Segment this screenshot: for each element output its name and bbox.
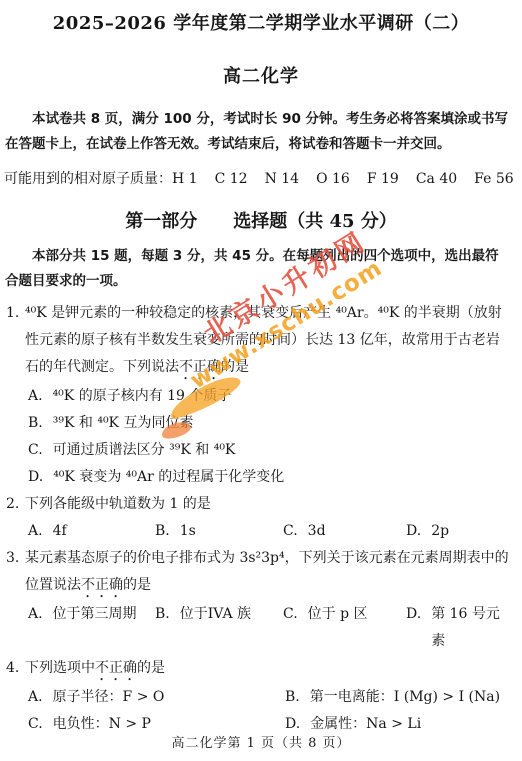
option-text: ⁴⁰K 的原子核内有 19 个质子	[53, 383, 232, 410]
option-letter: B.	[155, 518, 170, 545]
option-c: C.位于 p 区	[283, 601, 406, 655]
option-letter: B.	[285, 684, 300, 711]
option-a: A.⁴⁰K 的原子核内有 19 个质子	[28, 383, 510, 410]
option-list: A.4f B.1s C.3d D.2p	[28, 518, 510, 545]
atomic-mass-entry: H 1	[172, 171, 198, 187]
stem-text: 的是	[123, 577, 151, 593]
option-b: B.1s	[155, 518, 283, 545]
exam-notice: 本试卷共 8 页，满分 100 分，考试时长 90 分钟。考生务必将答案填涂或书…	[5, 107, 510, 157]
option-c: C.3d	[283, 518, 406, 545]
option-text: ³⁹K 和 ⁴⁰K 互为同位素	[53, 410, 194, 437]
atomic-mass-entry: F 19	[367, 171, 399, 187]
section-instructions: 本部分共 15 题，每题 3 分，共 45 分。在每题列出的四个选项中，选出最符…	[5, 244, 510, 294]
option-text: 位于IVA 族	[180, 601, 251, 655]
option-a: A.原子半径：F > O	[28, 684, 285, 711]
atomic-mass-entry: Ca 40	[416, 171, 457, 187]
option-b: B.³⁹K 和 ⁴⁰K 互为同位素	[28, 410, 510, 437]
stem-emphasis: 不正确	[81, 577, 123, 593]
stem-text: 的是	[137, 660, 165, 676]
stem-text: 的是	[221, 359, 249, 375]
atomic-masses-line: 可能用到的相对原子质量：H 1C 12N 14O 16F 19Ca 40Fe 5…	[4, 168, 512, 190]
page-footer: 高二化学第 1 页（共 8 页）	[0, 732, 522, 751]
option-list: A.原子半径：F > O B.第一电离能：I (Mg) > I (Na) C.电…	[28, 684, 510, 738]
exam-page: 北京小升初网 www.xschu.com 2025–2026 学年度第二学期学业…	[0, 0, 522, 761]
stem-emphasis: 不正确	[95, 660, 137, 676]
option-text: 位于第三周期	[53, 601, 137, 655]
atomic-mass-entry: O 16	[316, 171, 350, 187]
question-number: 3.	[6, 545, 25, 572]
stem-emphasis: 不正确	[179, 359, 221, 375]
question-body: 下列选项中不正确的是 A.原子半径：F > O B.第一电离能：I (Mg) >…	[25, 655, 510, 738]
option-text: 可通过质谱法区分 ³⁹K 和 ⁴⁰K	[53, 437, 236, 464]
stem-text: ⁴⁰K 是钾元素的一种较稳定的核素，其衰变后产生 ⁴⁰Ar。⁴⁰K 的半衰期（放…	[25, 305, 502, 375]
option-c: C.可通过质谱法区分 ³⁹K 和 ⁴⁰K	[28, 437, 510, 464]
option-letter: B.	[28, 410, 43, 437]
option-d: D.2p	[406, 518, 510, 545]
option-letter: A.	[28, 601, 43, 655]
option-text: 2p	[431, 518, 449, 545]
option-b: B.第一电离能：I (Mg) > I (Na)	[285, 684, 510, 711]
atomic-mass-entry: N 14	[265, 171, 300, 187]
question-2: 2. 下列各能级中轨道数为 1 的是 A.4f B.1s C.3d D.2p	[6, 491, 510, 545]
option-list: A.位于第三周期 B.位于IVA 族 C.位于 p 区 D.第 16 号元素	[28, 601, 510, 655]
question-stem: 下列选项中不正确的是	[25, 655, 510, 684]
option-text: 第 16 号元素	[431, 601, 510, 655]
stem-text: 下列各能级中轨道数为 1 的是	[25, 496, 211, 512]
option-letter: C.	[28, 437, 43, 464]
option-a: A.位于第三周期	[28, 601, 155, 655]
option-text: ⁴⁰K 衰变为 ⁴⁰Ar 的过程属于化学变化	[53, 464, 284, 491]
option-letter: D.	[28, 464, 43, 491]
question-1: 1. ⁴⁰K 是钾元素的一种较稳定的核素，其衰变后产生 ⁴⁰Ar。⁴⁰K 的半衰…	[6, 300, 510, 491]
atomic-masses-label: 可能用到的相对原子质量：	[4, 171, 172, 187]
page-title: 2025–2026 学年度第二学期学业水平调研（二）	[0, 9, 522, 35]
option-text: 4f	[53, 518, 67, 545]
question-stem: 下列各能级中轨道数为 1 的是	[25, 491, 510, 518]
option-list: A.⁴⁰K 的原子核内有 19 个质子 B.³⁹K 和 ⁴⁰K 互为同位素 C.…	[28, 383, 510, 491]
atomic-mass-entry: Fe 56	[474, 171, 514, 187]
question-stem: ⁴⁰K 是钾元素的一种较稳定的核素，其衰变后产生 ⁴⁰Ar。⁴⁰K 的半衰期（放…	[25, 300, 510, 383]
question-number: 4.	[6, 655, 25, 682]
question-3: 3. 某元素基态原子的价电子排布式为 3s²3p⁴，下列关于该元素在元素周期表中…	[6, 545, 510, 655]
option-text: 位于 p 区	[308, 601, 368, 655]
atomic-mass-entry: C 12	[215, 171, 248, 187]
question-body: 下列各能级中轨道数为 1 的是 A.4f B.1s C.3d D.2p	[25, 491, 510, 545]
option-letter: D.	[406, 601, 421, 655]
option-d: D.第 16 号元素	[406, 601, 510, 655]
question-stem: 某元素基态原子的价电子排布式为 3s²3p⁴，下列关于该元素在元素周期表中的位置…	[25, 545, 510, 601]
question-4: 4. 下列选项中不正确的是 A.原子半径：F > O B.第一电离能：I (Mg…	[6, 655, 510, 738]
option-letter: A.	[28, 518, 43, 545]
option-letter: B.	[155, 601, 170, 655]
section-heading: 第一部分 选择题（共 45 分）	[0, 207, 522, 233]
option-letter: C.	[283, 601, 298, 655]
question-body: 某元素基态原子的价电子排布式为 3s²3p⁴，下列关于该元素在元素周期表中的位置…	[25, 545, 510, 655]
option-a: A.4f	[28, 518, 155, 545]
option-text: 原子半径：F > O	[53, 684, 165, 711]
option-text: 第一电离能：I (Mg) > I (Na)	[310, 684, 500, 711]
question-body: ⁴⁰K 是钾元素的一种较稳定的核素，其衰变后产生 ⁴⁰Ar。⁴⁰K 的半衰期（放…	[25, 300, 510, 491]
option-d: D.⁴⁰K 衰变为 ⁴⁰Ar 的过程属于化学变化	[28, 464, 510, 491]
question-list: 1. ⁴⁰K 是钾元素的一种较稳定的核素，其衰变后产生 ⁴⁰Ar。⁴⁰K 的半衰…	[6, 300, 510, 738]
option-letter: D.	[406, 518, 421, 545]
option-letter: A.	[28, 383, 43, 410]
question-number: 1.	[6, 300, 25, 327]
option-b: B.位于IVA 族	[155, 601, 283, 655]
option-letter: C.	[283, 518, 298, 545]
page-subtitle: 高二化学	[0, 62, 522, 88]
option-text: 3d	[308, 518, 326, 545]
stem-text: 下列选项中	[25, 660, 95, 676]
option-letter: A.	[28, 684, 43, 711]
question-number: 2.	[6, 491, 25, 518]
option-text: 1s	[180, 518, 196, 545]
